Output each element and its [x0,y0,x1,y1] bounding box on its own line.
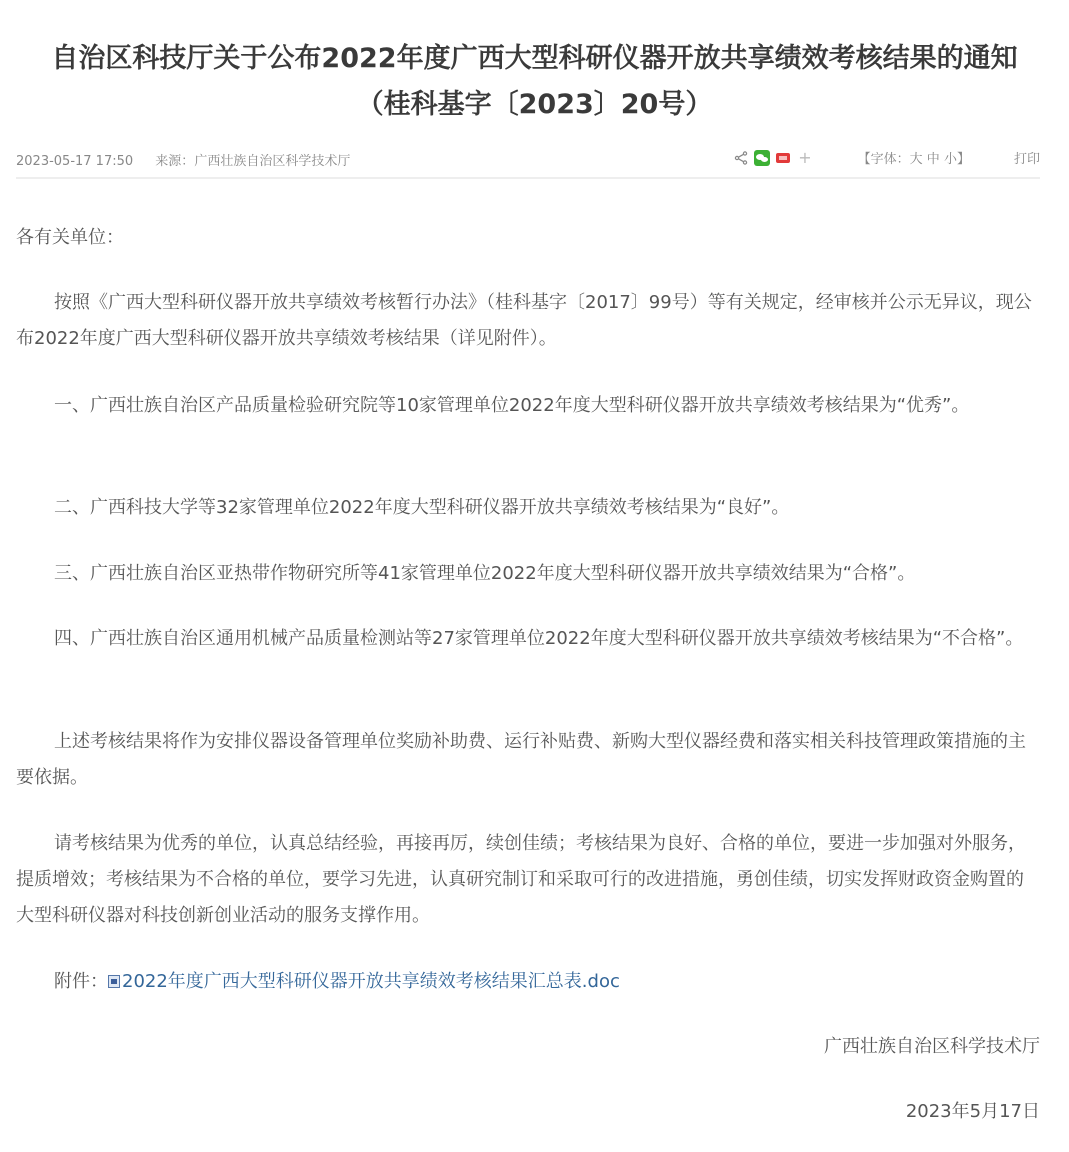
paragraph-excellent: 一、广西壮族自治区产品质量检验研究院等10家管理单位2022年度大型科研仪器开放… [16,388,1040,424]
paragraph-usage: 上述考核结果将作为安排仪器设备管理单位奖励补助费、运行补贴费、新购大型仪器经费和… [16,724,1040,796]
font-size-suffix: 】 [957,152,970,167]
paragraph-unqualified: 四、广西壮族自治区通用机械产品质量检测站等27家管理单位2022年度大型科研仪器… [16,621,1040,657]
source: 来源：广西壮族自治区科学技术厅 [155,154,350,169]
font-size-prefix: 【字体： [858,152,910,167]
publish-datetime: 2023-05-17 17:50 [16,154,133,169]
more-share-plus-icon[interactable]: + [798,150,811,166]
paragraph-requirements: 请考核结果为优秀的单位，认真总结经验，再接再厉，续创佳绩；考核结果为良好、合格的… [16,826,1040,934]
attachment-link[interactable]: 2022年度广西大型科研仪器开放共享绩效考核结果汇总表.doc [108,971,620,992]
font-size-large[interactable]: 大 [910,152,923,167]
share-icon[interactable] [734,151,748,165]
attachment-label: 附件： [54,971,108,992]
title-line-1: 自治区科技厅关于公布2022年度广西大型科研仪器开放共享绩效考核结果的通知 [0,36,1069,82]
paragraph-intro: 按照《广西大型科研仪器开放共享绩效考核暂行办法》（桂科基字〔2017〕99号）等… [16,285,1040,357]
source-label: 来源： [155,154,194,169]
paragraph-good: 二、广西科技大学等32家管理单位2022年度大型科研仪器开放共享绩效考核结果为“… [16,490,1040,526]
font-size-control: 【字体：大 中 小】 [858,148,970,167]
wechat-share-icon[interactable] [754,150,770,166]
signature-date: 2023年5月17日 [16,1094,1040,1130]
weibo-share-icon[interactable] [776,153,790,163]
meta-info: 2023-05-17 17:50 来源：广西壮族自治区科学技术厅 [16,150,368,169]
article-meta-bar: 2023-05-17 17:50 来源：广西壮族自治区科学技术厅 + 【字体：大… [16,146,1040,172]
article-title: 自治区科技厅关于公布2022年度广西大型科研仪器开放共享绩效考核结果的通知 （桂… [0,36,1069,128]
paragraph-qualified: 三、广西壮族自治区亚热带作物研究所等41家管理单位2022年度大型科研仪器开放共… [16,556,1040,592]
article-page: 自治区科技厅关于公布2022年度广西大型科研仪器开放共享绩效考核结果的通知 （桂… [0,0,1069,1152]
meta-divider [16,177,1040,179]
font-size-small[interactable]: 小 [944,152,957,167]
print-link[interactable]: 打印 [1014,148,1040,167]
attachment-line: 附件：2022年度广西大型科研仪器开放共享绩效考核结果汇总表.doc [16,964,1040,1000]
font-size-medium[interactable]: 中 [927,152,940,167]
title-line-2: （桂科基字〔2023〕20号） [0,82,1069,128]
attachment-filename[interactable]: 2022年度广西大型科研仪器开放共享绩效考核结果汇总表.doc [122,971,620,992]
meta-tools: + 【字体：大 中 小】 打印 [734,148,1040,167]
doc-file-icon [108,975,120,988]
signature-org: 广西壮族自治区科学技术厅 [16,1029,1040,1065]
source-name: 广西壮族自治区科学技术厅 [194,154,350,169]
salutation: 各有关单位： [16,220,1040,256]
